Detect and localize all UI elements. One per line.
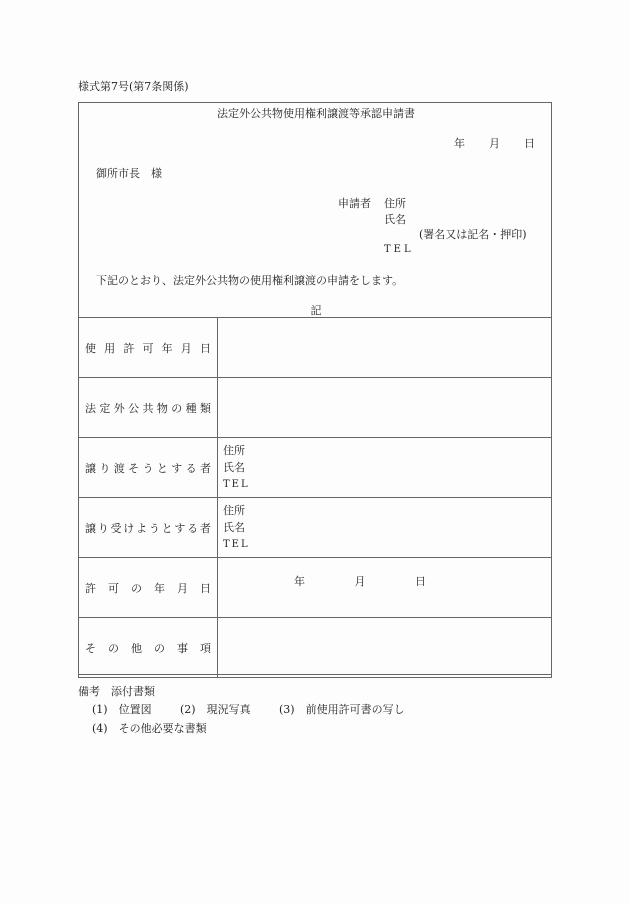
label-char: 譲 bbox=[85, 520, 96, 536]
label-char: け bbox=[123, 520, 134, 536]
label-char: の bbox=[171, 400, 182, 416]
note-item-1: (1) 位置図 bbox=[92, 704, 152, 715]
other-matters-field[interactable] bbox=[218, 618, 552, 678]
label-char: 者 bbox=[200, 520, 211, 536]
approval-date-month: 月 bbox=[355, 575, 366, 588]
label-char: る bbox=[187, 520, 198, 536]
label-char: 項 bbox=[200, 640, 211, 656]
note-item-4: (4) その他必要な書類 bbox=[92, 723, 207, 734]
transferee-name-label: 氏名 bbox=[223, 519, 551, 536]
label-char: よ bbox=[136, 520, 147, 536]
label-char: 年 bbox=[154, 580, 165, 596]
label-char: り bbox=[99, 460, 110, 476]
transferor-name-label: 氏名 bbox=[223, 459, 551, 476]
label-char: 譲 bbox=[85, 460, 96, 476]
label-char: る bbox=[186, 460, 197, 476]
label-char: と bbox=[157, 460, 168, 476]
addressee: 御所市長 様 bbox=[96, 168, 162, 179]
details-table: 使 用 許 可 年 月 日 法 定 外 公 共 物 bbox=[78, 317, 552, 678]
label-char: 日 bbox=[200, 340, 211, 356]
form-number-label: 様式第7号(第7条関係) bbox=[78, 81, 189, 92]
label-char: そ bbox=[128, 460, 139, 476]
label-char: 共 bbox=[143, 400, 154, 416]
label-char: う bbox=[143, 460, 154, 476]
approval-date-field[interactable]: 年 月 日 bbox=[218, 558, 552, 618]
label-char: 月 bbox=[177, 580, 188, 596]
label-char: 事 bbox=[177, 640, 188, 656]
transferee-address-label: 住所 bbox=[223, 502, 551, 519]
label-char: 種 bbox=[186, 400, 197, 416]
applicant-address-label: 住所 bbox=[384, 198, 406, 209]
transferee-tel-label: TEL bbox=[223, 536, 551, 553]
signature-note: (署名又は記名・押印) bbox=[419, 229, 527, 240]
row-label-permit-date: 使 用 許 可 年 月 日 bbox=[79, 318, 218, 378]
label-char: 可 bbox=[108, 580, 119, 596]
label-char: 外 bbox=[114, 400, 125, 416]
label-char: 渡 bbox=[114, 460, 125, 476]
date-month: 月 bbox=[489, 138, 500, 149]
applicant-name-label: 氏名 bbox=[384, 214, 406, 225]
row-label-public-property-type: 法 定 外 公 共 物 の 種 類 bbox=[79, 378, 218, 438]
label-char: 物 bbox=[157, 400, 168, 416]
label-char: 日 bbox=[200, 580, 211, 596]
row-label-approval-date: 許 可 の 年 月 日 bbox=[79, 558, 218, 618]
label-char: 使 bbox=[85, 340, 96, 356]
label-char: う bbox=[149, 520, 160, 536]
table-row: 許 可 の 年 月 日 年 月 日 bbox=[79, 558, 552, 618]
label-char: 類 bbox=[200, 400, 211, 416]
table-row: 譲 り 渡 そ う と す る 者 住所 氏名 TEL bbox=[79, 438, 552, 498]
table-row: そ の 他 の 事 項 bbox=[79, 618, 552, 678]
row-label-other-matters: そ の 他 の 事 項 bbox=[79, 618, 218, 678]
label-char: 者 bbox=[200, 460, 211, 476]
label-char: 受 bbox=[111, 520, 122, 536]
note-item-3: (3) 前使用許可書の写し bbox=[279, 704, 405, 715]
note-item-2: (2) 現況写真 bbox=[180, 704, 251, 715]
label-char: 可 bbox=[142, 340, 153, 356]
label-char: の bbox=[154, 640, 165, 656]
date-day: 日 bbox=[524, 138, 535, 149]
transferee-field[interactable]: 住所 氏名 TEL bbox=[218, 498, 552, 558]
date-year: 年 bbox=[454, 138, 465, 149]
label-char: と bbox=[162, 520, 173, 536]
permit-date-field[interactable] bbox=[218, 318, 552, 378]
applicant-tel-label: TEL bbox=[384, 245, 414, 255]
label-char: 月 bbox=[181, 340, 192, 356]
transferor-field[interactable]: 住所 氏名 TEL bbox=[218, 438, 552, 498]
label-char: の bbox=[131, 580, 142, 596]
application-form: 法定外公共物使用権利譲渡等承認申請書 年 月 日 御所市長 様 申請者 住所 氏… bbox=[78, 102, 552, 675]
applicant-label: 申請者 bbox=[338, 198, 371, 209]
label-char: そ bbox=[85, 640, 96, 656]
label-char: 定 bbox=[99, 400, 110, 416]
public-property-type-field[interactable] bbox=[218, 378, 552, 438]
approval-date-day: 日 bbox=[415, 575, 426, 588]
table-row: 法 定 外 公 共 物 の 種 類 bbox=[79, 378, 552, 438]
statement: 下記のとおり、法定外公共物の使用権利譲渡の申請をします。 bbox=[96, 275, 403, 286]
row-label-transferor: 譲 り 渡 そ う と す る 者 bbox=[79, 438, 218, 498]
label-char: 許 bbox=[85, 580, 96, 596]
label-char: 年 bbox=[162, 340, 173, 356]
label-char: 公 bbox=[128, 400, 139, 416]
transferor-tel-label: TEL bbox=[223, 476, 551, 493]
label-char: り bbox=[98, 520, 109, 536]
label-char: す bbox=[174, 520, 185, 536]
label-char: 用 bbox=[104, 340, 115, 356]
ki-heading: 記 bbox=[79, 305, 553, 316]
approval-date-year: 年 bbox=[294, 575, 305, 588]
transferor-address-label: 住所 bbox=[223, 442, 551, 459]
table-row: 譲 り 受 け よ う と す る 者 住所 氏名 TEL bbox=[79, 498, 552, 558]
label-char: 法 bbox=[85, 400, 96, 416]
label-char: 他 bbox=[131, 640, 142, 656]
table-row: 使 用 許 可 年 月 日 bbox=[79, 318, 552, 378]
row-label-transferee: 譲 り 受 け よ う と す る 者 bbox=[79, 498, 218, 558]
label-char: の bbox=[108, 640, 119, 656]
label-char: 許 bbox=[123, 340, 134, 356]
notes-heading: 備考 添付書類 bbox=[78, 686, 155, 697]
form-title: 法定外公共物使用権利譲渡等承認申請書 bbox=[79, 108, 553, 119]
label-char: す bbox=[171, 460, 182, 476]
